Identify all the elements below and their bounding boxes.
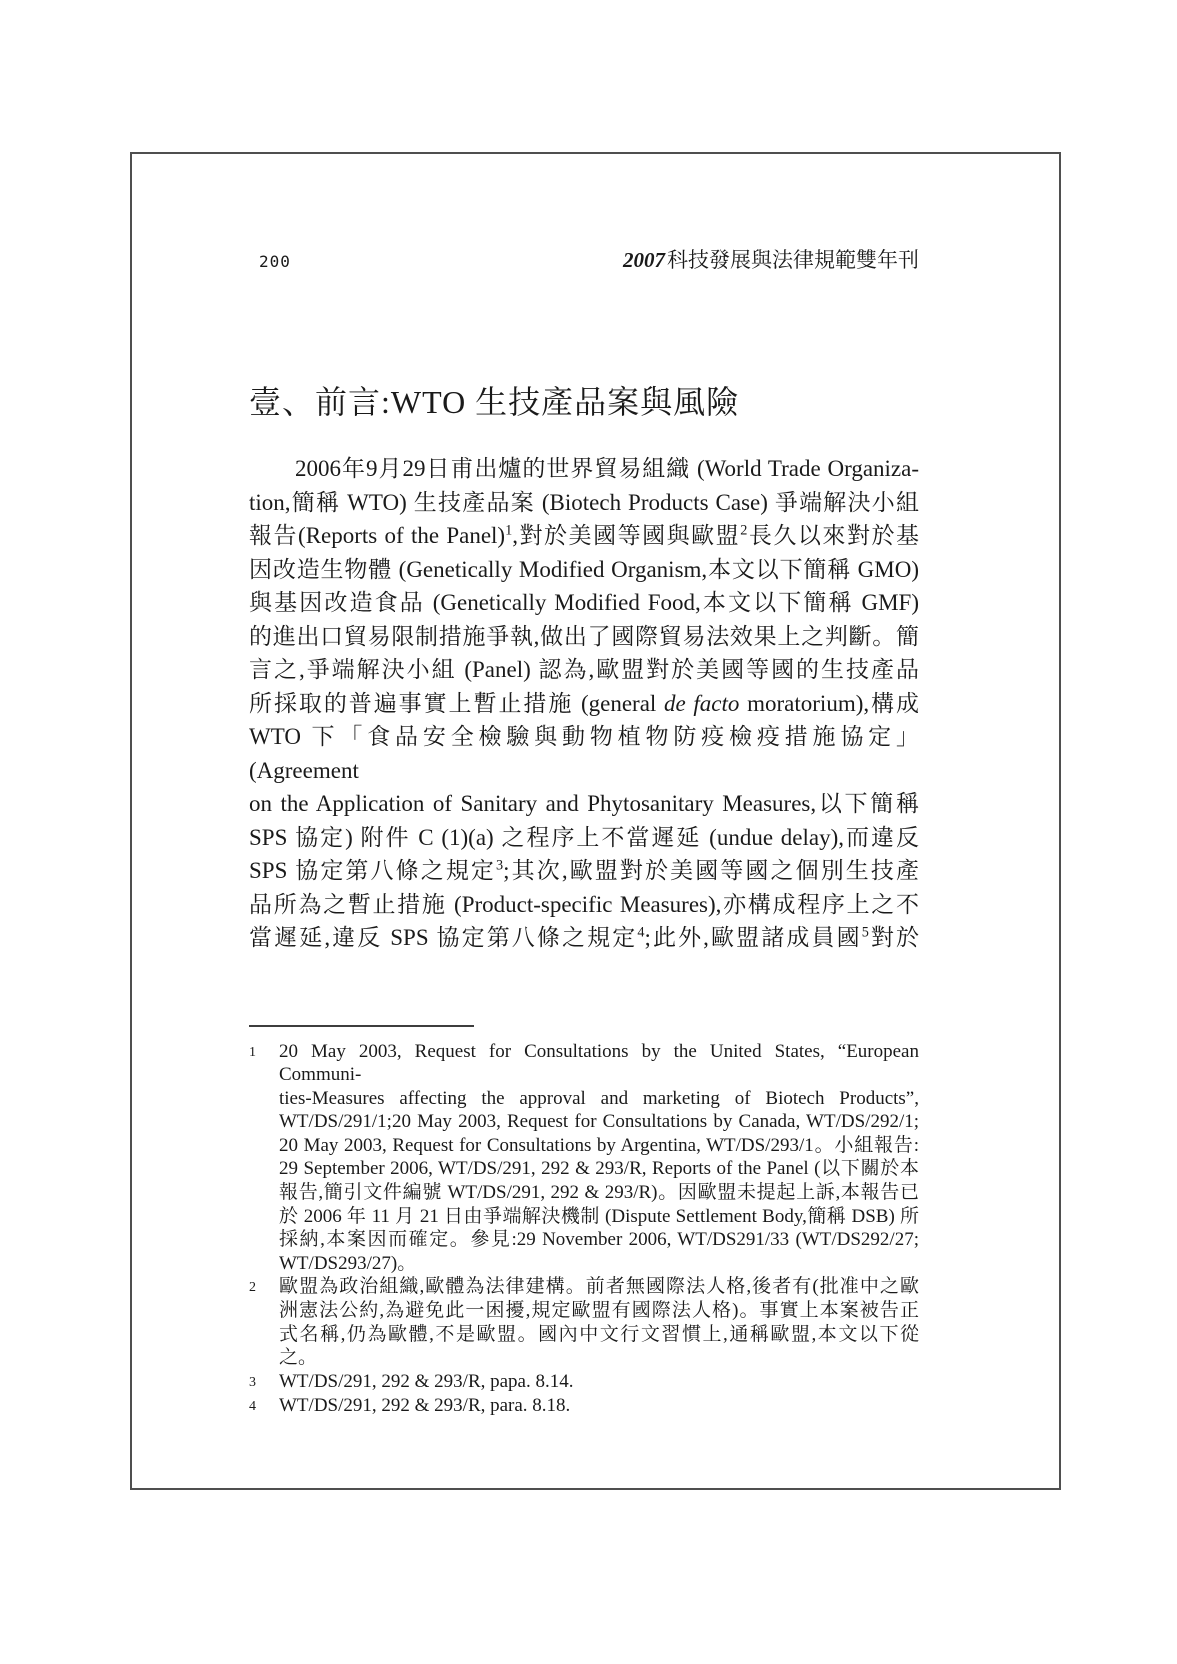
footnote-line: WT/DS/291, 292 & 293/R, papa. 8.14. [279,1370,919,1394]
footnote-line: 洲憲法公約,為避免此一困擾,規定歐盟有國際法人格)。事實上本案被告正 [279,1299,919,1323]
footnotes-block: 120 May 2003, Request for Consultations … [249,1040,919,1419]
footnote-line: WT/DS/291, 292 & 293/R, para. 8.18. [279,1394,919,1418]
footnote-ref: 3 [496,857,503,873]
footnote-number: 4 [249,1394,279,1419]
body-line: on the Application of Sanitary and Phyto… [249,787,919,821]
body-line: SPS 協定第八條之規定3;其次,歐盟對於美國等國之個別生技產 [249,854,919,888]
body-line: 2006年9月29日甫出爐的世界貿易組織 (World Trade Organi… [249,452,919,486]
footnote-line: 報告,簡引文件編號 WT/DS/291, 292 & 293/R)。因歐盟未提起… [279,1181,919,1205]
footnote-ref: 4 [637,924,644,940]
body-line: SPS 協定) 附件 C (1)(a) 之程序上不當遲延 (undue dela… [249,821,919,855]
page-number: 200 [259,250,291,274]
footnote-line: 採納,本案因而確定。參見:29 November 2006, WT/DS291/… [279,1228,919,1252]
footnote-number: 2 [249,1275,279,1369]
body-line: tion,簡稱 WTO) 生技產品案 (Biotech Products Cas… [249,486,919,520]
footnote-text: WT/DS/291, 292 & 293/R, papa. 8.14. [279,1370,919,1395]
page-header: 200 2007科技發展與法律規範雙年刊 [249,248,919,274]
footnote-line: 20 May 2003, Request for Consultations b… [279,1134,919,1158]
body-line: 的進出口貿易限制措施爭執,做出了國際貿易法效果上之判斷。簡 [249,620,919,654]
footnote-text: 歐盟為政治組織,歐體為法律建構。前者無國際法人格,後者有(批准中之歐洲憲法公約,… [279,1275,919,1369]
footnote-text: 20 May 2003, Request for Consultations b… [279,1040,919,1276]
footnote-line: 20 May 2003, Request for Consultations b… [279,1040,919,1087]
journal-year: 2007 [623,248,665,272]
body-line: WTO 下「食品安全檢驗與動物植物防疫檢疫措施協定」(Agreement [249,720,919,787]
footnote-line: 29 September 2006, WT/DS/291, 292 & 293/… [279,1157,919,1181]
journal-title: 2007科技發展與法律規範雙年刊 [623,248,919,272]
body-line: 報告(Reports of the Panel)1,對於美國等國與歐盟2長久以來… [249,519,919,553]
footnote-line: 之。 [279,1346,919,1370]
body-paragraph: 2006年9月29日甫出爐的世界貿易組織 (World Trade Organi… [249,452,919,955]
footnote-item: 120 May 2003, Request for Consultations … [249,1040,919,1276]
footnote-line: 於 2006 年 11 月 21 日由爭端解決機制 (Dispute Settl… [279,1205,919,1229]
section-title: 壹、前言:WTO 生技產品案與風險 [249,378,919,426]
body-line: 與基因改造食品 (Genetically Modified Food,本文以下簡… [249,586,919,620]
body-line: 因改造生物體 (Genetically Modified Organism,本文… [249,553,919,587]
page-frame: 200 2007科技發展與法律規範雙年刊 壹、前言:WTO 生技產品案與風險 2… [130,152,1061,1490]
footnote-number: 3 [249,1370,279,1395]
footnote-item: 2歐盟為政治組織,歐體為法律建構。前者無國際法人格,後者有(批准中之歐洲憲法公約… [249,1275,919,1369]
footnote-line: 式名稱,仍為歐體,不是歐盟。國內中文行文習慣上,通稱歐盟,本文以下從 [279,1323,919,1347]
footnote-item: 4WT/DS/291, 292 & 293/R, para. 8.18. [249,1394,919,1419]
footnote-line: WT/DS/291/1;20 May 2003, Request for Con… [279,1110,919,1134]
journal-title-text: 科技發展與法律規範雙年刊 [667,248,919,272]
body-line: 當遲延,違反 SPS 協定第八條之規定4;此外,歐盟諸成員國5對於 [249,921,919,955]
footnote-line: 歐盟為政治組織,歐體為法律建構。前者無國際法人格,後者有(批准中之歐 [279,1275,919,1299]
footnote-line: WT/DS293/27)。 [279,1252,919,1276]
body-line: 言之,爭端解決小組 (Panel) 認為,歐盟對於美國等國的生技產品 [249,653,919,687]
footnote-line: ties-Measures affecting the approval and… [279,1087,919,1111]
footnote-text: WT/DS/291, 292 & 293/R, para. 8.18. [279,1394,919,1419]
italic-term: de facto [664,691,739,716]
footnote-number: 1 [249,1040,279,1276]
content-column: 200 2007科技發展與法律規範雙年刊 壹、前言:WTO 生技產品案與風險 2… [249,154,919,1419]
footnote-item: 3WT/DS/291, 292 & 293/R, papa. 8.14. [249,1370,919,1395]
body-line: 所採取的普遍事實上暫止措施 (general de facto moratori… [249,687,919,721]
footnote-separator [249,1025,474,1027]
body-line: 品所為之暫止措施 (Product-specific Measures),亦構成… [249,888,919,922]
footnote-ref: 1 [505,522,512,538]
scanned-journal-page: { "colors": { "ink": "#1a1a1a", "frame_b… [0,0,1177,1664]
footnote-ref: 2 [740,522,747,538]
footnote-ref: 5 [862,924,869,940]
